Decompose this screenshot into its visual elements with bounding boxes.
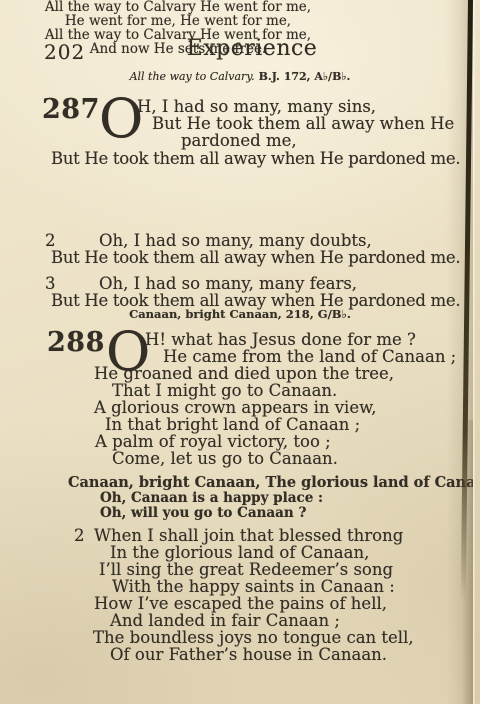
chorus-line: Oh, Canaan is a happy place :: [100, 492, 323, 506]
verse-line: But He took them all away when He pardon…: [51, 250, 460, 267]
verse-line: But He took them all away when He pardon…: [51, 151, 460, 168]
page-title: Experience: [24, 38, 480, 60]
tune-caption-287: All the way to Calvary.B.J. 172, A♭/B♭.: [0, 71, 480, 82]
hymn-number-288: 288: [47, 329, 105, 356]
hymnal-page: 202 Experience All the way to Calvary.B.…: [0, 0, 480, 704]
verse-line: pardoned me,: [181, 133, 297, 150]
tune-title: All the way to Calvary.: [130, 70, 255, 83]
adjacent-page-edge: [473, 0, 480, 704]
tune-reference: B.J. 172, A♭/B♭.: [259, 70, 351, 83]
hymn-number-287: 287: [42, 96, 100, 123]
chorus-line: All the way to Calvary He went for me,: [0, 0, 356, 14]
tune-caption-288: Canaan, bright Canaan,218, G/B♭.: [0, 309, 480, 321]
tune-title: Canaan, bright Canaan,: [129, 307, 282, 321]
chorus-line: Oh, will you go to Canaan ?: [100, 507, 306, 521]
chorus-line: He went for me, He went for me,: [0, 14, 356, 28]
chorus-label: Canaan, bright Canaan, The glorious land…: [68, 476, 480, 491]
verse-line: Of our Father’s house in Canaan.: [110, 647, 387, 664]
tune-reference: 218, G/B♭.: [286, 307, 351, 321]
verse-number: 2: [74, 528, 85, 545]
verse-line: Come, let us go to Canaan.: [112, 451, 338, 468]
